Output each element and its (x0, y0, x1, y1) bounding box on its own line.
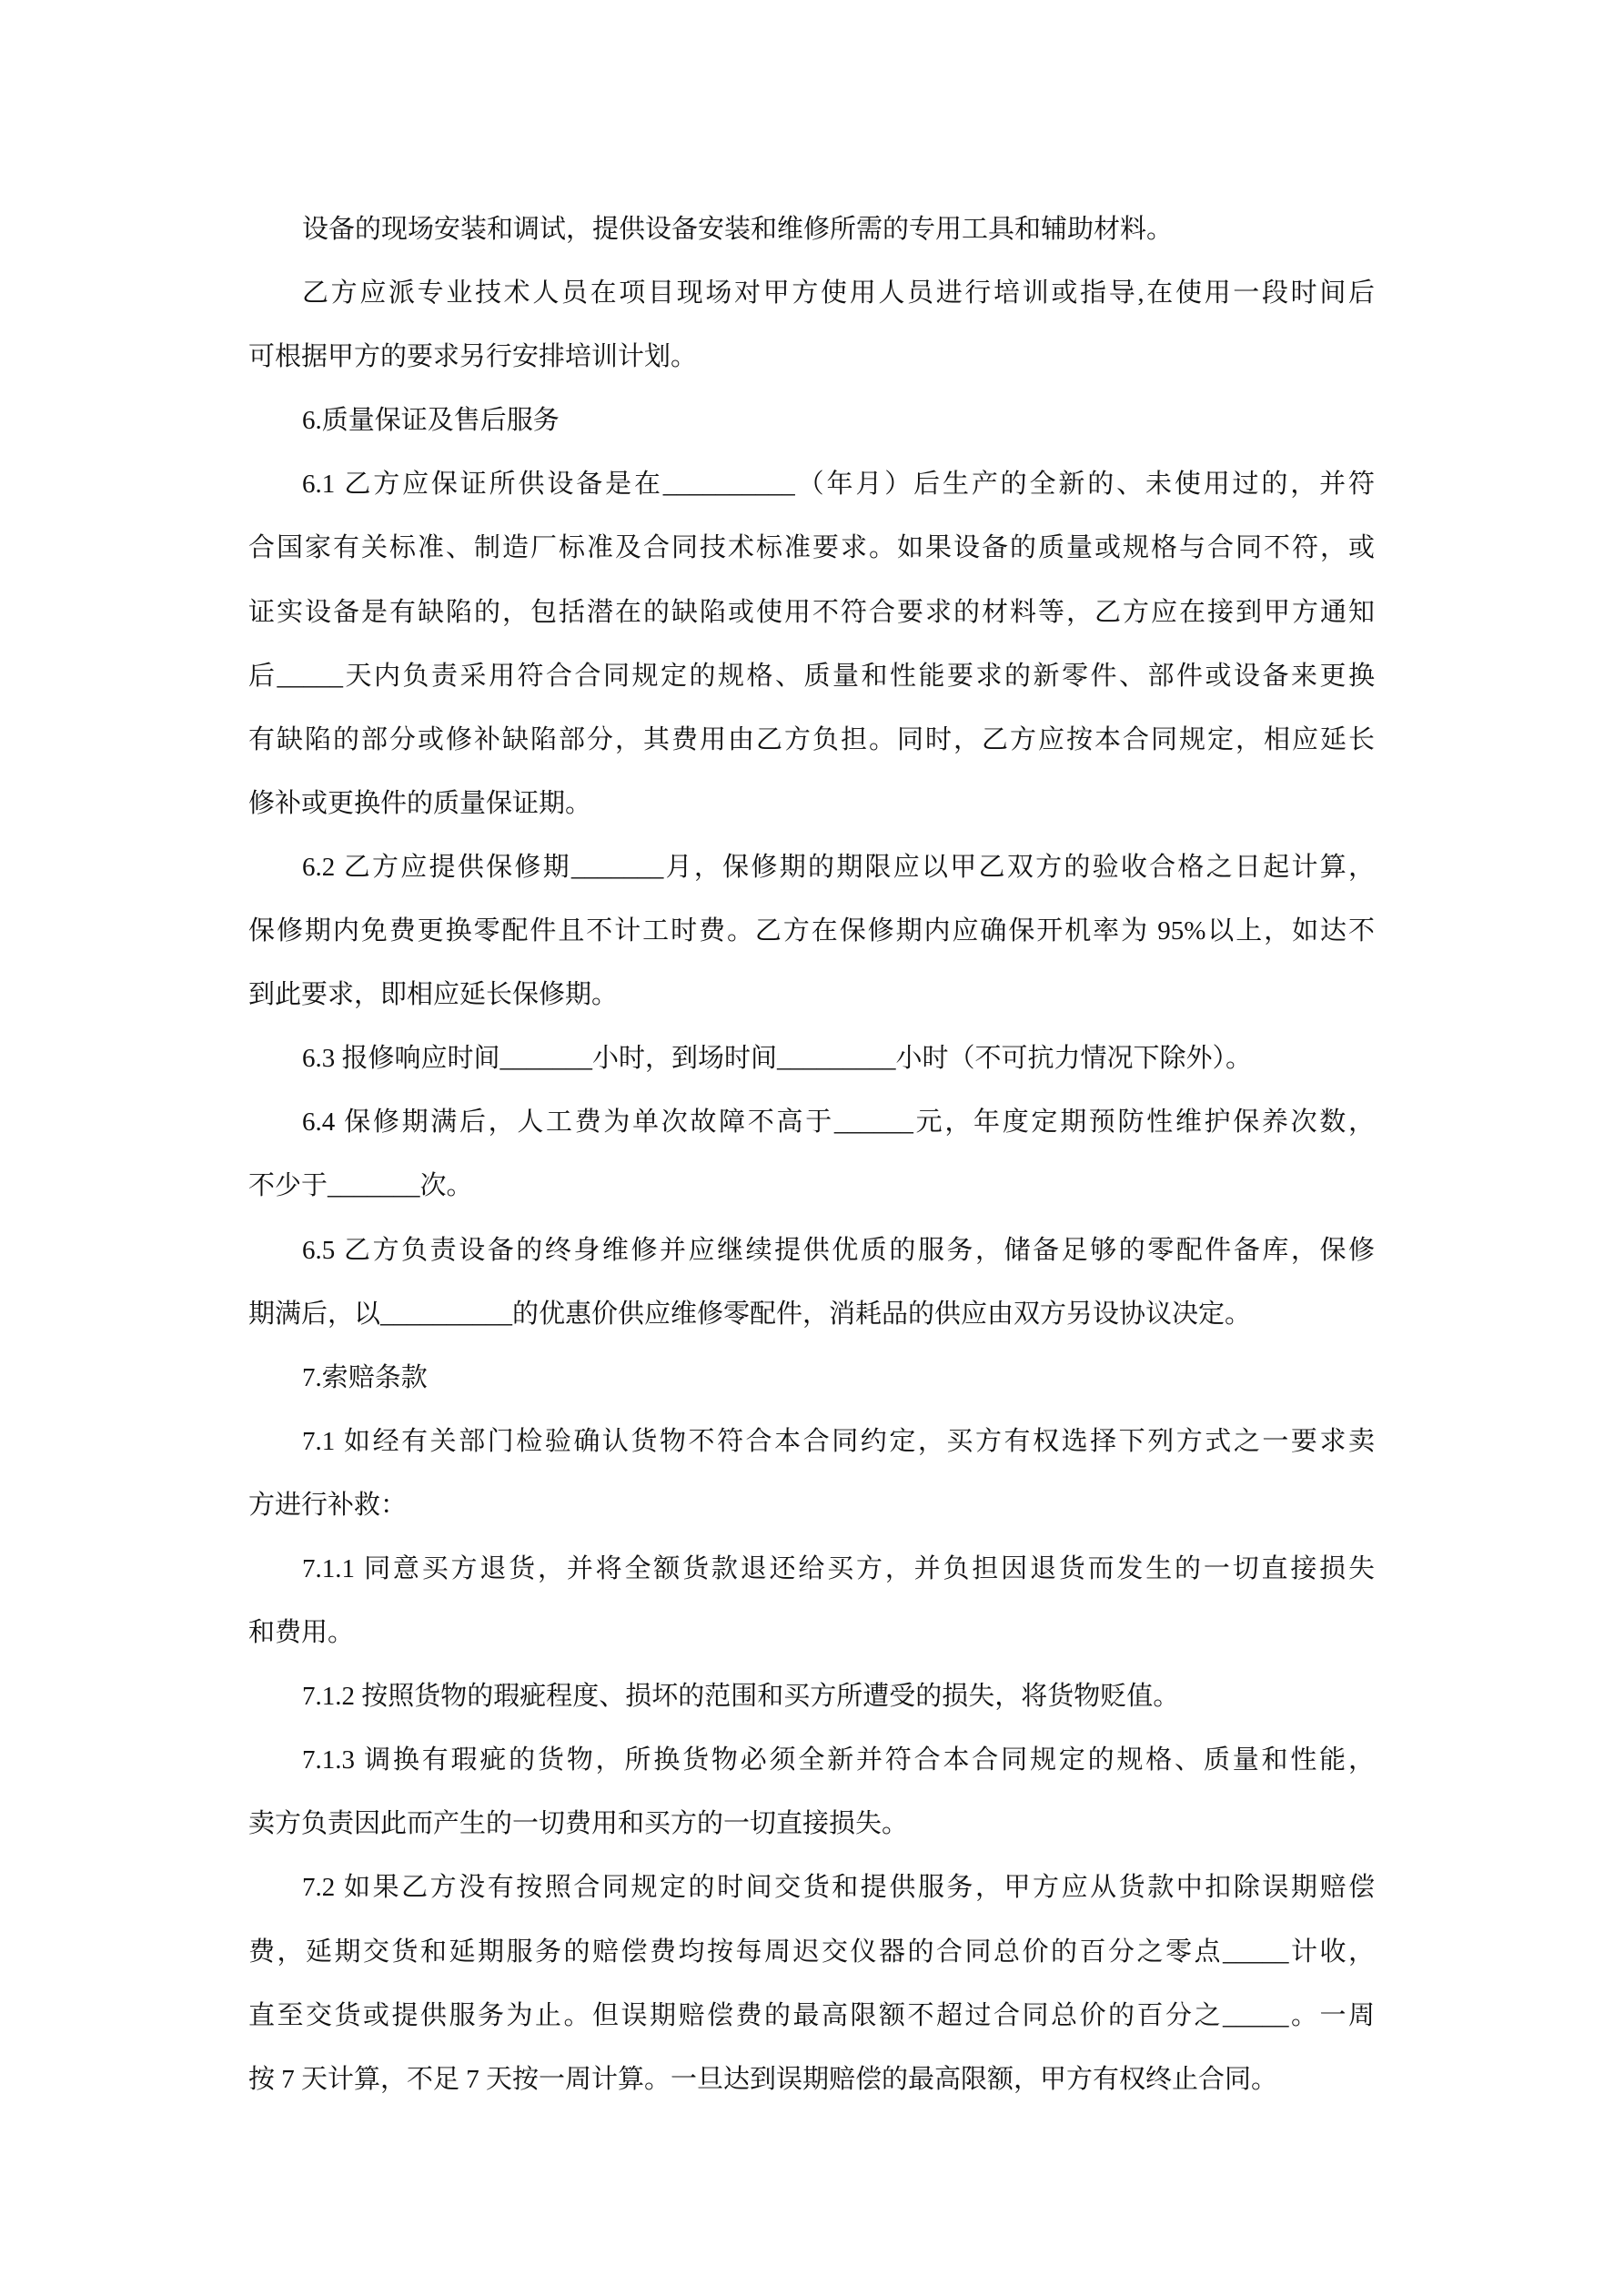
clause-line: 7.1.2 按照货物的瑕疵程度、损坏的范围和买方所遭受的损失，将货物贬值。 (248, 1664, 1375, 1728)
clause-line: 方进行补救： (248, 1473, 1375, 1537)
clause-line: 按 7 天计算，不足 7 天按一周计算。一旦达到误期赔偿的最高限额，甲方有权终止… (248, 2048, 1375, 2111)
clause-line: 期满后，以__________的优惠价供应维修零配件，消耗品的供应由双方另设协议… (248, 1282, 1375, 1346)
clause-line: 后_____天内负责采用符合合同规定的规格、质量和性能要求的新零件、部件或设备来… (248, 644, 1375, 708)
section-heading: 6.质量保证及售后服务 (248, 389, 1375, 452)
paragraph-line: 可根据甲方的要求另行安排培训计划。 (248, 325, 1375, 389)
clause-line: 修补或更换件的质量保证期。 (248, 772, 1375, 835)
clause-line: 证实设备是有缺陷的，包括潜在的缺陷或使用不符合要求的材料等，乙方应在接到甲方通知 (248, 581, 1375, 644)
clause-line: 6.4 保修期满后，人工费为单次故障不高于______元，年度定期预防性维护保养… (248, 1090, 1375, 1154)
clause-line: 有缺陷的部分或修补缺陷部分，其费用由乙方负担。同时，乙方应按本合同规定，相应延长 (248, 708, 1375, 772)
paragraph-line: 乙方应派专业技术人员在项目现场对甲方使用人员进行培训或指导,在使用一段时间后 (248, 261, 1375, 325)
clause-line: 直至交货或提供服务为止。但误期赔偿费的最高限额不超过合同总价的百分之_____。… (248, 1984, 1375, 2048)
clause-line: 不少于_______次。 (248, 1154, 1375, 1218)
document-body: 设备的现场安装和调试，提供设备安装和维修所需的专用工具和辅助材料。 乙方应派专业… (248, 197, 1375, 2111)
clause-line: 合国家有关标准、制造厂标准及合同技术标准要求。如果设备的质量或规格与合同不符，或 (248, 516, 1375, 580)
paragraph-line: 设备的现场安装和调试，提供设备安装和维修所需的专用工具和辅助材料。 (248, 197, 1375, 261)
section-heading: 7.索赔条款 (248, 1346, 1375, 1410)
clause-line: 7.1.1 同意买方退货，并将全额货款退还给买方，并负担因退货而发生的一切直接损… (248, 1537, 1375, 1601)
clause-line: 7.1.3 调换有瑕疵的货物，所换货物必须全新并符合本合同规定的规格、质量和性能… (248, 1728, 1375, 1792)
clause-line: 6.2 乙方应提供保修期_______月，保修期的期限应以甲乙双方的验收合格之日… (248, 835, 1375, 899)
clause-line: 7.2 如果乙方没有按照合同规定的时间交货和提供服务，甲方应从货款中扣除误期赔偿 (248, 1856, 1375, 1919)
clause-line: 6.1 乙方应保证所供设备是在__________（年月）后生产的全新的、未使用… (248, 452, 1375, 516)
document-page: 设备的现场安装和调试，提供设备安装和维修所需的专用工具和辅助材料。 乙方应派专业… (0, 0, 1624, 2296)
clause-line: 费，延期交货和延期服务的赔偿费均按每周迟交仪器的合同总价的百分之零点_____计… (248, 1920, 1375, 1984)
clause-line: 6.5 乙方负责设备的终身维修并应继续提供优质的服务，储备足够的零配件备库，保修 (248, 1219, 1375, 1282)
clause-line: 到此要求，即相应延长保修期。 (248, 963, 1375, 1027)
clause-line: 和费用。 (248, 1601, 1375, 1664)
clause-line: 保修期内免费更换零配件且不计工时费。乙方在保修期内应确保开机率为 95%以上，如… (248, 899, 1375, 963)
clause-line: 6.3 报修响应时间_______小时，到场时间_________小时（不可抗力… (248, 1027, 1375, 1090)
clause-line: 卖方负责因此而产生的一切费用和买方的一切直接损失。 (248, 1792, 1375, 1856)
clause-line: 7.1 如经有关部门检验确认货物不符合本合同约定，买方有权选择下列方式之一要求卖 (248, 1410, 1375, 1473)
